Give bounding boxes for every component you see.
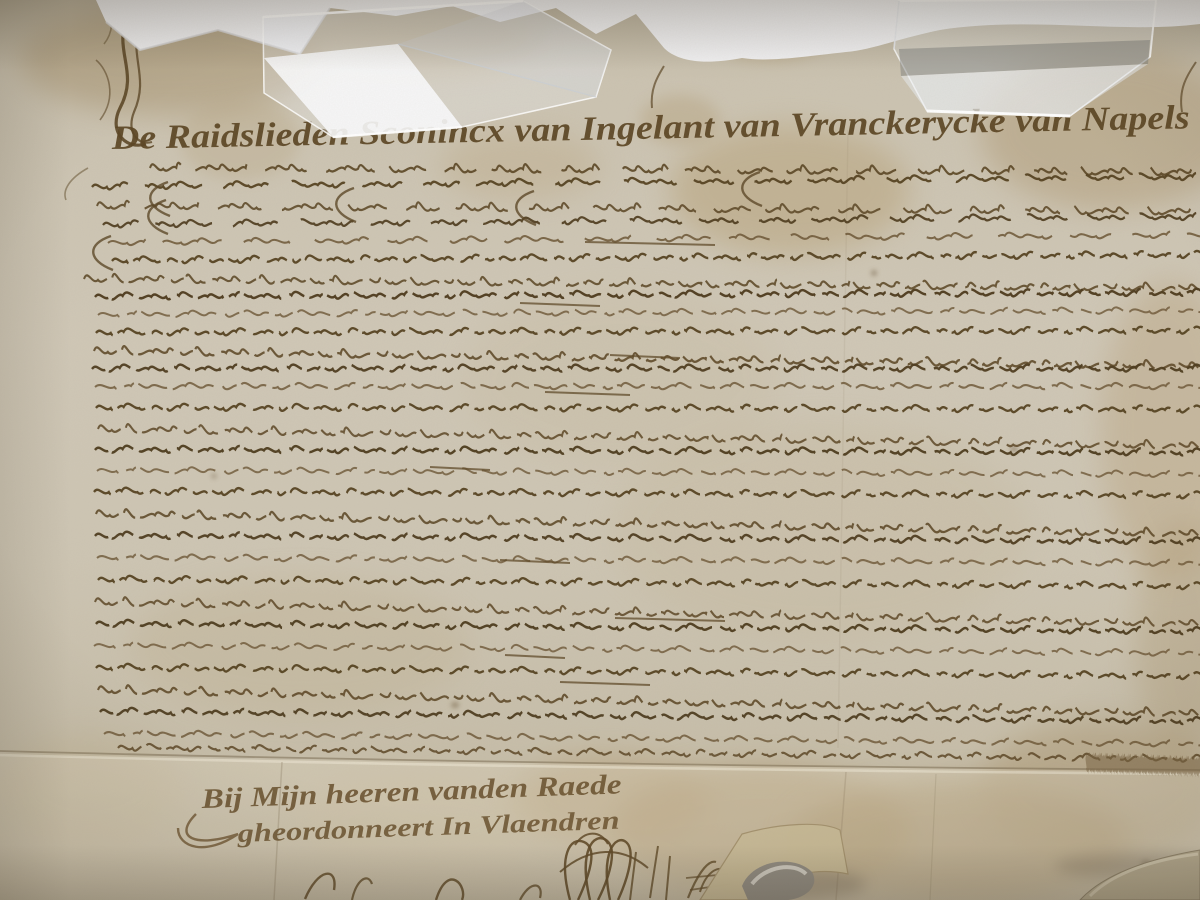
photo-grain-texture: [0, 0, 1200, 900]
manuscript-art: De Raidslieden Sconincx van Ingelant van…: [0, 0, 1200, 900]
charter-photograph: De Raidslieden Sconincx van Ingelant van…: [0, 0, 1200, 900]
